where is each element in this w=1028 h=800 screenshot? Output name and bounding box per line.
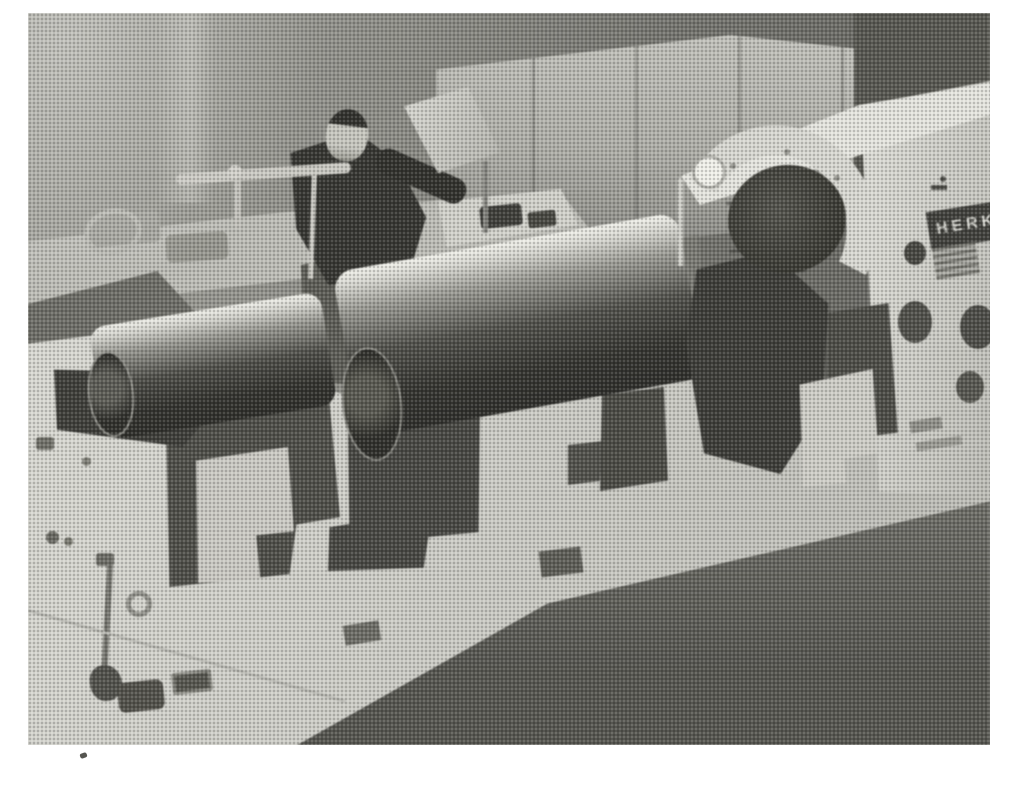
page-ink-speck	[79, 752, 87, 759]
machine-shop-photograph: HERK	[28, 13, 990, 745]
halftone-grain	[28, 13, 990, 745]
scanned-page: HERK	[0, 0, 1028, 800]
